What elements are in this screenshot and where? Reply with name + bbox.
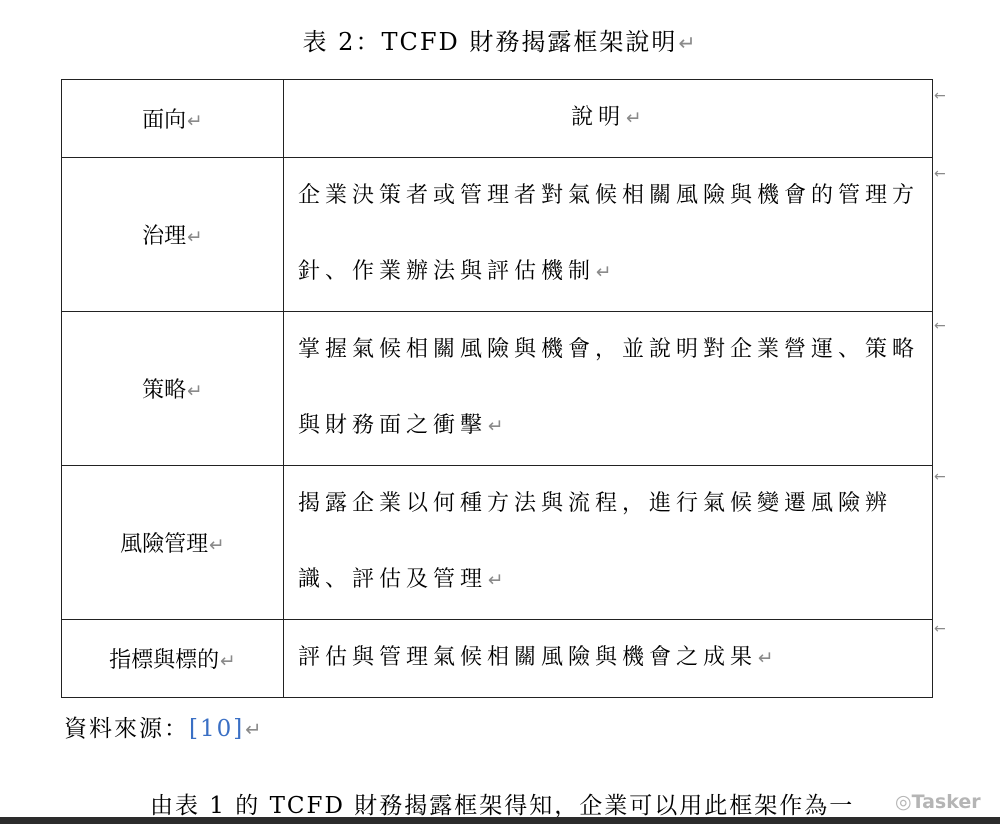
- table-header-row: 面向↵ 說明↵: [62, 80, 933, 158]
- description-cell: 掌握氣候相關風險與機會，並說明對企業營運、策略與財務面之衝擊↵: [284, 312, 933, 466]
- table-row: 指標與標的↵ 評估與管理氣候相關風險與機會之成果↵: [62, 620, 933, 698]
- paragraph-mark-icon: ↵: [245, 718, 263, 741]
- table-row: 策略↵ 掌握氣候相關風險與機會，並說明對企業營運、策略與財務面之衝擊↵: [62, 312, 933, 466]
- table-row: 治理↵ 企業決策者或管理者對氣候相關風險與機會的管理方針、作業辦法與評估機制↵: [62, 158, 933, 312]
- paragraph-mark-icon: ↵: [220, 651, 236, 672]
- paragraph-mark-icon: ↵: [187, 111, 203, 132]
- source-line: 資料來源：[10]↵: [64, 710, 264, 743]
- paragraph-mark-icon: ↵: [678, 31, 697, 55]
- row-end-mark-icon: ←: [934, 621, 946, 637]
- aspect-cell: 策略↵: [62, 312, 284, 466]
- reference-link[interactable]: [10]: [189, 716, 244, 742]
- row-end-mark-icon: ←: [934, 88, 946, 104]
- description-cell: 揭露企業以何種方法與流程，進行氣候變遷風險辨識、評估及管理↵: [284, 466, 933, 620]
- header-description: 說明↵: [284, 80, 933, 158]
- watermark-logo-icon: ◎: [895, 791, 912, 813]
- row-end-mark-icon: ←: [934, 469, 946, 485]
- paragraph-mark-icon: ↵: [488, 570, 509, 591]
- aspect-cell: 風險管理↵: [62, 466, 284, 620]
- table-row: 風險管理↵ 揭露企業以何種方法與流程，進行氣候變遷風險辨識、評估及管理↵: [62, 466, 933, 620]
- tcfd-table: 面向↵ 說明↵ 治理↵ 企業決策者或管理者對氣候相關風險與機會的管理方針、作業辦…: [61, 79, 933, 698]
- description-cell: 企業決策者或管理者對氣候相關風險與機會的管理方針、作業辦法與評估機制↵: [284, 158, 933, 312]
- paragraph-mark-icon: ↵: [596, 262, 617, 283]
- table-caption: 表 2：TCFD 財務揭露框架說明↵: [0, 22, 1000, 57]
- paragraph-mark-icon: ↵: [187, 381, 203, 402]
- body-paragraph: 由表 1 的 TCFD 財務揭露框架得知，企業可以用此框架作為一: [150, 787, 854, 820]
- bottom-bar: [0, 817, 1000, 824]
- header-aspect: 面向↵: [62, 80, 284, 158]
- caption-text: 表 2：TCFD 財務揭露框架說明: [303, 28, 678, 56]
- description-cell: 評估與管理氣候相關風險與機會之成果↵: [284, 620, 933, 698]
- watermark-text: Tasker: [912, 791, 981, 813]
- source-label: 資料來源：: [64, 716, 189, 742]
- paragraph-mark-icon: ↵: [187, 227, 203, 248]
- paragraph-mark-icon: ↵: [488, 416, 509, 437]
- row-end-mark-icon: ←: [934, 318, 946, 334]
- watermark: ◎Tasker: [895, 791, 981, 813]
- aspect-cell: 指標與標的↵: [62, 620, 284, 698]
- paragraph-mark-icon: ↵: [758, 648, 779, 669]
- paragraph-mark-icon: ↵: [626, 108, 647, 129]
- row-end-mark-icon: ←: [934, 166, 946, 182]
- aspect-cell: 治理↵: [62, 158, 284, 312]
- paragraph-mark-icon: ↵: [209, 535, 225, 556]
